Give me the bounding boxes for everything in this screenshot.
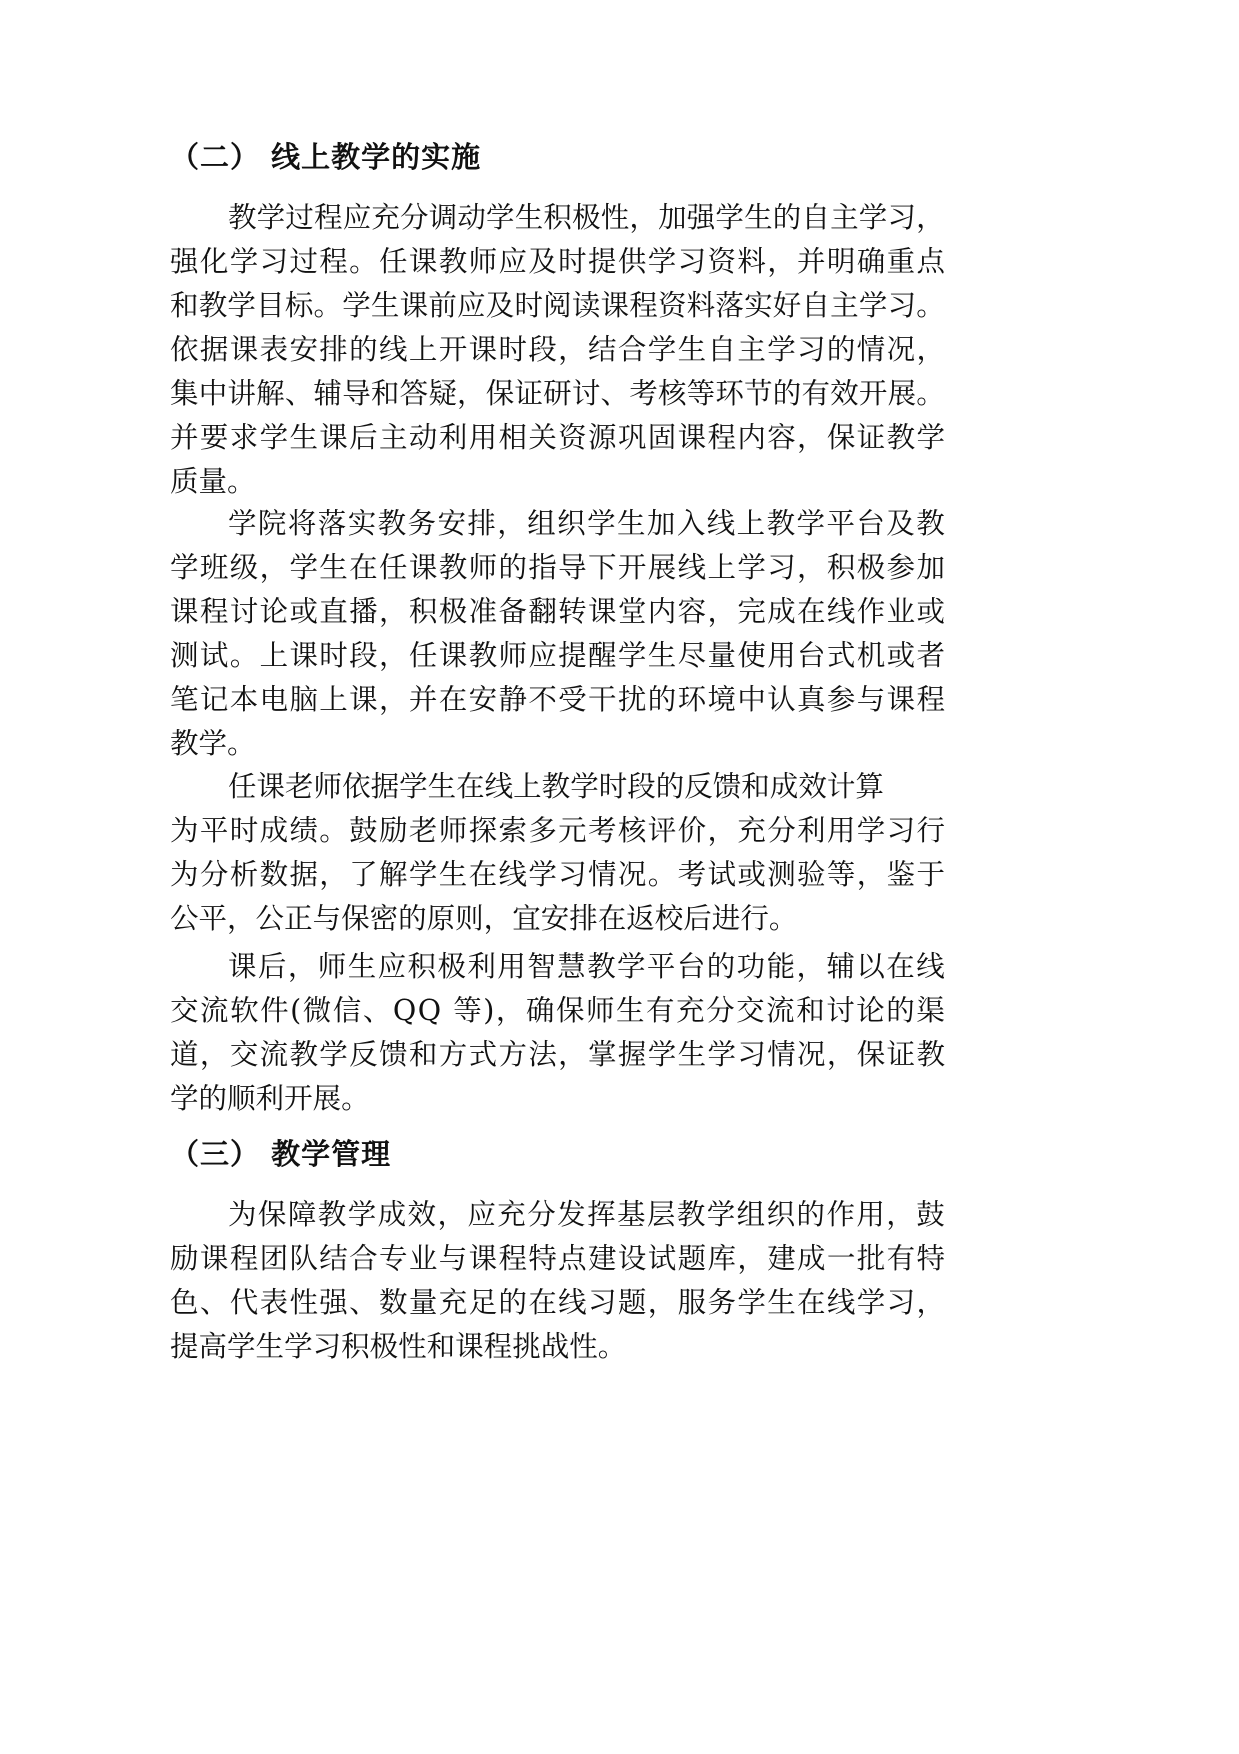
document-page: （二） 线上教学的实施 教学过程应充分调动学生积极性，加强学生的自主学习， 强化… — [0, 0, 1239, 1754]
section-heading-teaching-management: （三） 教学管理 — [170, 1132, 391, 1173]
paragraph-line: 为分析数据，了解学生在线学习情况。考试或测验等，鉴于 — [170, 853, 945, 897]
paragraph-line: 学院将落实教务安排，组织学生加入线上教学平台及教 — [170, 502, 945, 546]
paragraph-line: 依据课表安排的线上开课时段，结合学生自主学习的情况， — [170, 328, 945, 372]
paragraph-line: 教学。 — [170, 722, 945, 766]
paragraph-line: 为保障教学成效，应充分发挥基层教学组织的作用，鼓 — [170, 1193, 945, 1237]
paragraph-line: 并要求学生课后主动利用相关资源巩固课程内容，保证教学 — [170, 416, 945, 460]
paragraph-line: 交流软件(微信、QQ 等)，确保师生有充分交流和讨论的渠 — [170, 989, 945, 1033]
paragraph-line: 公平，公正与保密的原则，宜安排在返校后进行。 — [170, 897, 945, 941]
paragraph-line: 色、代表性强、数量充足的在线习题，服务学生在线学习， — [170, 1281, 945, 1325]
paragraph-line: 强化学习过程。任课教师应及时提供学习资料，并明确重点 — [170, 240, 945, 284]
paragraph-college-arrangement: 学院将落实教务安排，组织学生加入线上教学平台及教 学班级，学生在任课教师的指导下… — [170, 502, 945, 766]
paragraph-line: 提高学生学习积极性和课程挑战性。 — [170, 1325, 945, 1369]
paragraph-line: 学的顺利开展。 — [170, 1077, 945, 1121]
paragraph-line: 课后，师生应积极利用智慧教学平台的功能，辅以在线 — [170, 945, 945, 989]
paragraph-line: 励课程团队结合专业与课程特点建设试题库，建成一批有特 — [170, 1237, 945, 1281]
paragraph-line: 笔记本电脑上课，并在安静不受干扰的环境中认真参与课程 — [170, 678, 945, 722]
paragraph-line: 集中讲解、辅导和答疑，保证研讨、考核等环节的有效开展。 — [170, 372, 945, 416]
paragraph-line: 测试。上课时段，任课教师应提醒学生尽量使用台式机或者 — [170, 634, 945, 678]
paragraph-line: 任课老师依据学生在线上教学时段的反馈和成效计算 — [170, 765, 945, 809]
paragraph-line: 学班级，学生在任课教师的指导下开展线上学习，积极参加 — [170, 546, 945, 590]
paragraph-line: 和教学目标。学生课前应及时阅读课程资料落实好自主学习。 — [170, 284, 945, 328]
paragraph-line: 为平时成绩。鼓励老师探索多元考核评价，充分利用学习行 — [170, 809, 945, 853]
section-heading-online-teaching: （二） 线上教学的实施 — [170, 135, 481, 176]
paragraph-grading: 任课老师依据学生在线上教学时段的反馈和成效计算 为平时成绩。鼓励老师探索多元考核… — [170, 765, 945, 941]
paragraph-teaching-process: 教学过程应充分调动学生积极性，加强学生的自主学习， 强化学习过程。任课教师应及时… — [170, 196, 945, 504]
paragraph-line: 课程讨论或直播，积极准备翻转课堂内容，完成在线作业或 — [170, 590, 945, 634]
paragraph-line: 质量。 — [170, 460, 945, 504]
paragraph-after-class: 课后，师生应积极利用智慧教学平台的功能，辅以在线 交流软件(微信、QQ 等)，确… — [170, 945, 945, 1121]
paragraph-line: 道，交流教学反馈和方式方法，掌握学生学习情况，保证教 — [170, 1033, 945, 1077]
paragraph-question-bank: 为保障教学成效，应充分发挥基层教学组织的作用，鼓 励课程团队结合专业与课程特点建… — [170, 1193, 945, 1369]
paragraph-line: 教学过程应充分调动学生积极性，加强学生的自主学习， — [170, 196, 945, 240]
